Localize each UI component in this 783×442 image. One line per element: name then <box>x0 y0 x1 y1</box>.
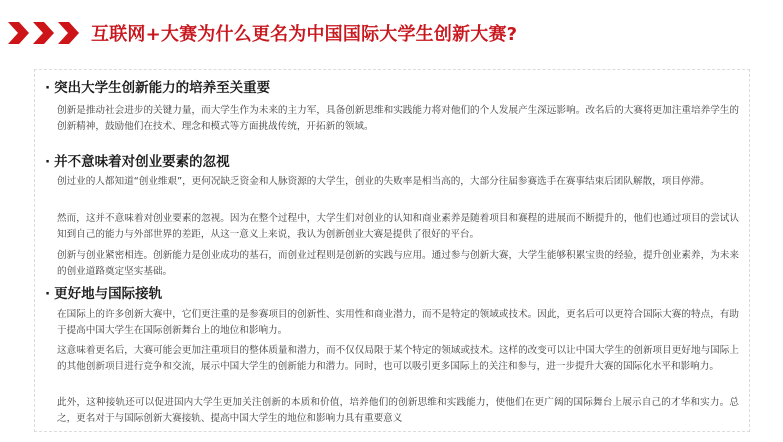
paragraph: 创新是推动社会进步的关键力量，而大学生作为未来的主力军，具备创新思维和实践能力将… <box>57 103 739 134</box>
paragraph: 创新与创业紧密相连。创新能力是创业成功的基石，而创业过程则是创新的实践与应用。通… <box>57 248 739 279</box>
paragraph: 然而，这并不意味着对创业要素的忽视。因为在整个过程中，大学生们对创业的认知和商业… <box>57 211 739 242</box>
section-heading: ·更好地与国际接轨 <box>45 282 162 302</box>
bullet-dot: · <box>45 154 50 170</box>
section-heading: ·并不意味着对创业要素的忽视 <box>45 150 230 170</box>
content-panel: ·突出大学生创新能力的培养至关重要 创新是推动社会进步的关键力量，而大学生作为未… <box>34 69 750 432</box>
section-heading-text: 更好地与国际接轨 <box>54 286 162 302</box>
bullet-dot: · <box>45 80 50 96</box>
section-heading: ·突出大学生创新能力的培养至关重要 <box>45 76 270 96</box>
paragraph: 这意味着更名后，大赛可能会更加注重项目的整体质量和潜力，而不仅仅局限于某个特定的… <box>57 343 739 374</box>
page-title: 互联网+大赛为什么更名为中国国际大学生创新大赛? <box>91 20 517 46</box>
paragraph: 此外，这种接轨还可以促进国内大学生更加关注创新的本质和价值，培养他们的创新思维和… <box>57 395 739 426</box>
paragraph: 创过业的人都知道“创业维艰”，更何况缺乏资金和人脉资源的大学生，创业的失败率是相… <box>57 174 739 190</box>
section-heading-text: 突出大学生创新能力的培养至关重要 <box>54 80 270 96</box>
section-heading-text: 并不意味着对创业要素的忽视 <box>54 154 230 170</box>
paragraph: 在国际上的许多创新大赛中，它们更注重的是参赛项目的创新性、实用性和商业潜力，而不… <box>57 307 739 338</box>
triple-chevron-right-icon <box>8 22 80 44</box>
bullet-dot: · <box>45 286 50 302</box>
